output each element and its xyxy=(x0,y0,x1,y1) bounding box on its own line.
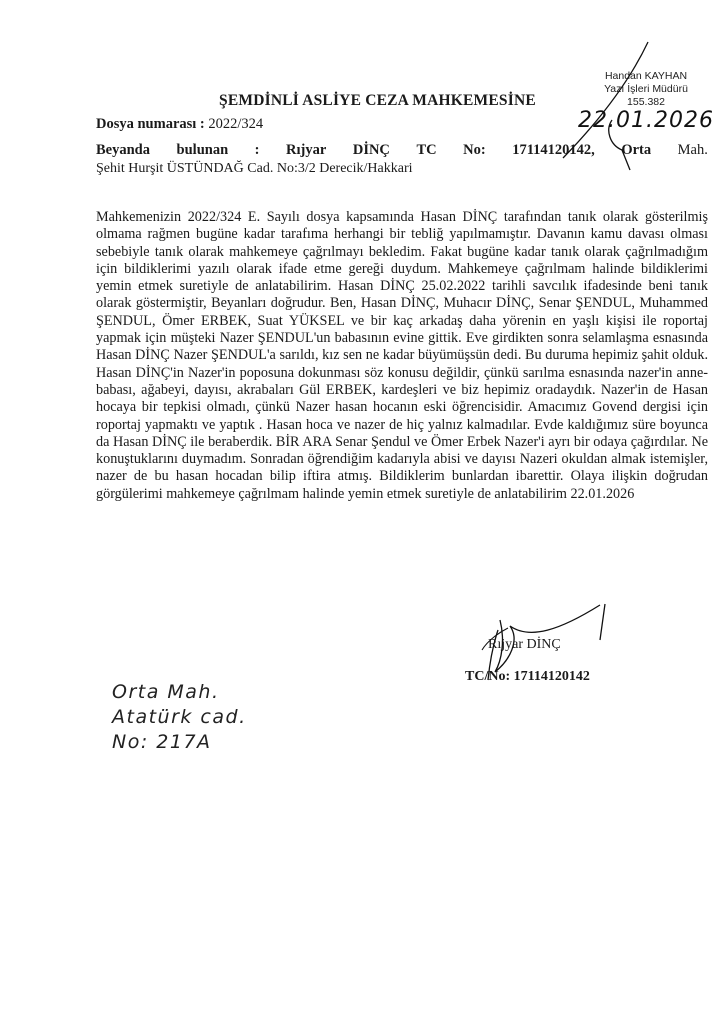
clerk-role: Yazı İşleri Müdürü xyxy=(576,83,716,96)
file-number: Dosya numarası : 2022/324 xyxy=(96,116,263,133)
word: : xyxy=(255,142,260,159)
clerk-stamp: Handan KAYHAN Yazı İşleri Müdürü 155.382 xyxy=(576,70,716,109)
word: TC xyxy=(416,142,436,159)
court-title: ŞEMDİNLİ ASLİYE CEZA MAHKEMESİNE xyxy=(219,92,536,110)
declarant-address: Şehit Hurşit ÜSTÜNDAĞ Cad. No:3/2 Dereci… xyxy=(96,161,413,177)
statement-body: Mahkemenizin 2022/324 E. Sayılı dosya ka… xyxy=(96,209,708,503)
word: DİNÇ xyxy=(353,142,390,159)
stamp-handwritten-date: 22.01.2026 xyxy=(578,108,714,133)
handwritten-address-note: Orta Mah. Atatürk cad. No: 217A xyxy=(112,680,247,755)
word: 17114120142, xyxy=(512,142,595,159)
clerk-name: Handan KAYHAN xyxy=(576,70,716,83)
file-number-label: Dosya numarası : xyxy=(96,116,205,132)
declarant-line: Beyanda bulunan : Rıjyar DİNÇ TC No: 171… xyxy=(96,142,708,159)
statement-paragraph: Mahkemenizin 2022/324 E. Sayılı dosya ka… xyxy=(96,209,708,503)
signatory-tc: TC/No: 17114120142 xyxy=(465,669,590,685)
word: Mah. xyxy=(678,142,708,159)
note-line: Atatürk cad. xyxy=(112,705,247,730)
file-number-value: 2022/324 xyxy=(208,116,263,132)
signatory-name: Rıjyar DİNÇ xyxy=(488,637,561,653)
word: Beyanda xyxy=(96,142,150,159)
word: Orta xyxy=(621,142,651,159)
note-line: Orta Mah. xyxy=(112,680,247,705)
note-line: No: 217A xyxy=(112,730,247,755)
word: No: xyxy=(463,142,486,159)
word: bulunan xyxy=(177,142,229,159)
word: Rıjyar xyxy=(286,142,326,159)
